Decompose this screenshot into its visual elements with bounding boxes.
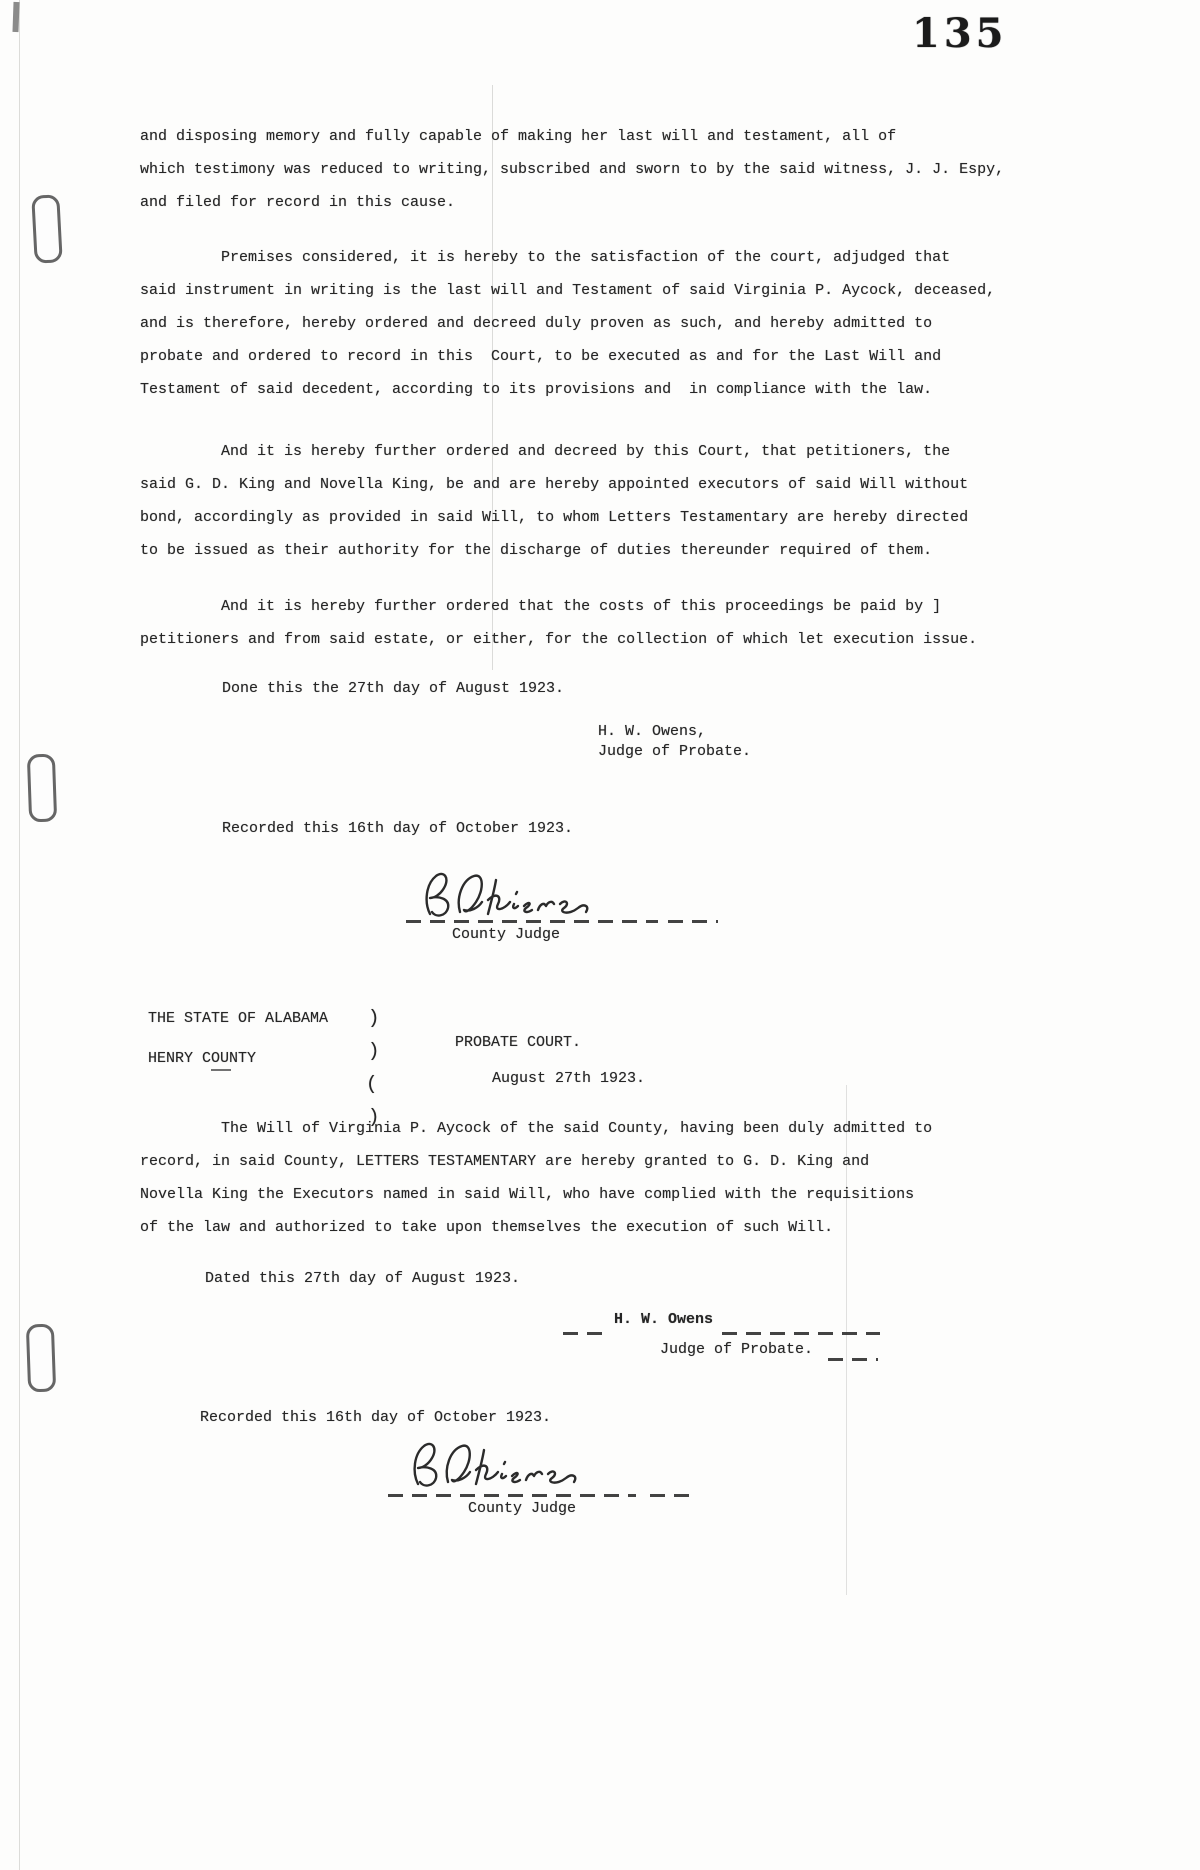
corner-mark (12, 2, 19, 32)
county-judge-label: County Judge (468, 1498, 576, 1520)
county-judge-label: County Judge (452, 924, 560, 946)
signature-underline (828, 1358, 878, 1361)
punch-hole (26, 1324, 56, 1393)
caption-brace: ) (368, 1002, 379, 1035)
signature-underline (406, 920, 658, 923)
grant-paragraph: The Will of Virginia P. Aycock of the sa… (140, 1112, 932, 1244)
judge-signature-title: Judge of Probate. (598, 742, 751, 761)
premises-paragraph: Premises considered, it is hereby to the… (140, 241, 995, 406)
bd-hiers-signature (408, 1438, 588, 1496)
scan-edge-line (19, 0, 20, 1870)
judge-signature-name: H. W. Owens (614, 1310, 713, 1330)
caption-brace: ( (366, 1068, 377, 1101)
order-continuation-paragraph: and disposing memory and fully capable o… (140, 120, 1004, 219)
caption-county: HENRY COUNTY (148, 1042, 256, 1075)
bd-hiers-signature (420, 868, 600, 926)
county-underline-mark (211, 1069, 231, 1071)
judge-signature-title: Judge of Probate. (660, 1340, 813, 1360)
signature-underline (668, 920, 718, 923)
caption-brace: ) (368, 1035, 379, 1068)
caption-state: THE STATE OF ALABAMA (148, 1002, 328, 1035)
probate-court-heading: PROBATE COURT. (455, 1026, 581, 1059)
done-line: Done this the 27th day of August 1923. (222, 672, 564, 705)
page-number: 135 (912, 10, 1008, 57)
scanned-page: 135 and disposing memory and fully capab… (0, 0, 1200, 1870)
recorded-line: Recorded this 16th day of October 1923. (222, 812, 573, 845)
recorded-line: Recorded this 16th day of October 1923. (200, 1401, 551, 1434)
court-date: August 27th 1923. (492, 1062, 645, 1095)
punch-hole (31, 194, 63, 263)
costs-paragraph: And it is hereby further ordered that th… (140, 590, 977, 656)
signature-underline (722, 1332, 880, 1335)
judge-signature-name: H. W. Owens, (598, 722, 706, 741)
punch-hole (27, 754, 57, 823)
signature-underline (650, 1494, 698, 1497)
dated-line: Dated this 27th day of August 1923. (205, 1262, 520, 1295)
signature-underline (563, 1332, 608, 1335)
signature-underline (388, 1494, 636, 1497)
executors-paragraph: And it is hereby further ordered and dec… (140, 435, 968, 567)
